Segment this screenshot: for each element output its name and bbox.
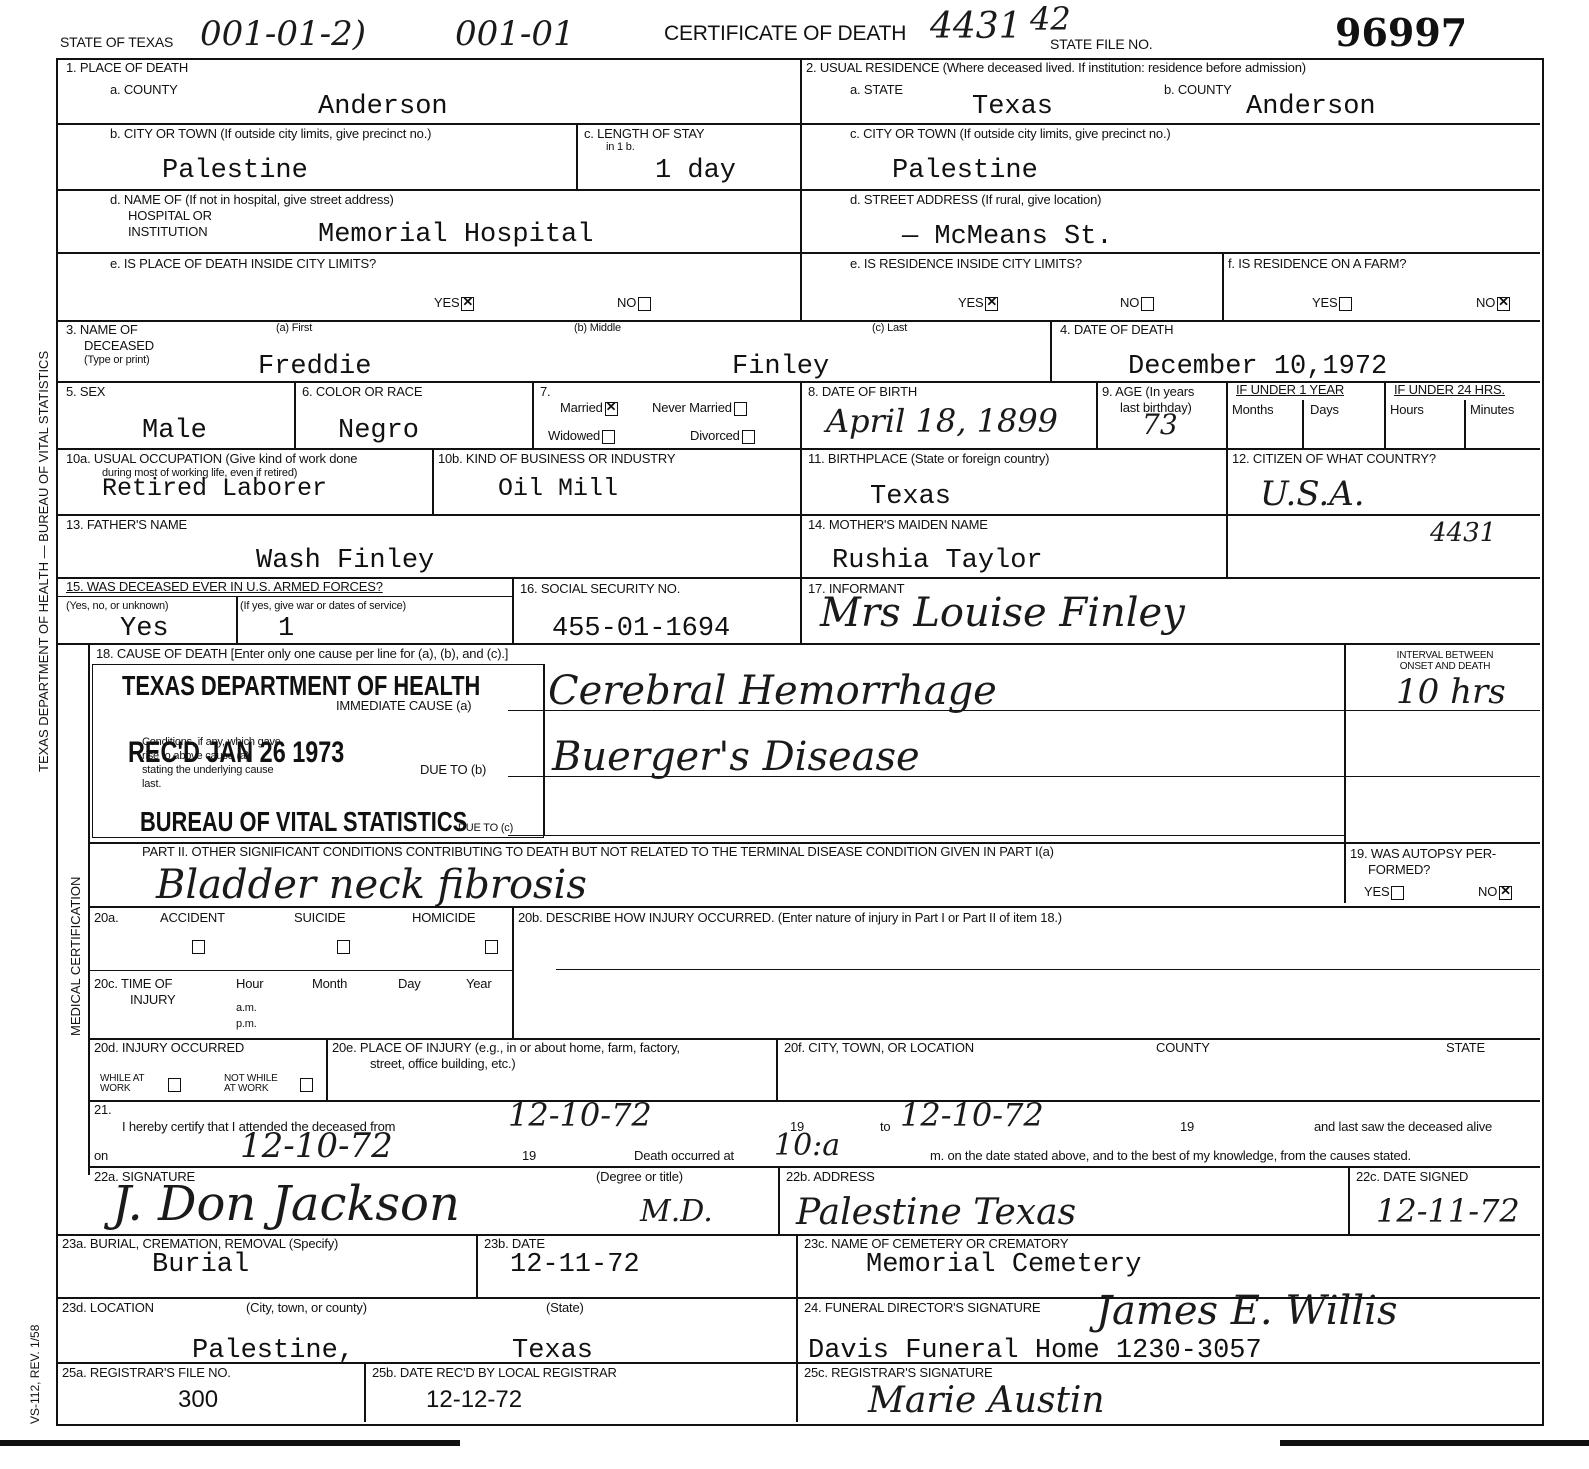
birthplace-label: 11. BIRTHPLACE (State or foreign country… [808, 451, 1049, 466]
marital-never-married[interactable]: Never Married [652, 400, 747, 416]
hours-label: Hours [1390, 402, 1424, 417]
funeral-director-label: 24. FUNERAL DIRECTOR'S SIGNATURE [804, 1300, 1040, 1315]
certificate-title: CERTIFICATE OF DEATH [664, 22, 906, 46]
autopsy-label-2: FORMED? [1368, 862, 1430, 877]
date-of-birth-value[interactable]: April 18, 1899 [826, 402, 1058, 440]
burial-state-sub-label: (State) [546, 1300, 584, 1315]
death-city-value[interactable]: Palestine [162, 156, 308, 186]
residence-farm-no[interactable]: NO [1476, 295, 1510, 311]
first-name-value[interactable]: Freddie [258, 352, 371, 382]
not-while-at-work-label: NOT WHILE AT WORK [224, 1074, 290, 1094]
middle-name-label: (b) Middle [574, 322, 621, 334]
mother-margin-note: 4431 [1430, 518, 1496, 548]
checkbox[interactable] [1141, 297, 1154, 311]
residence-city-value[interactable]: Palestine [892, 156, 1038, 186]
armed-forces-sub-1: (Yes, no, or unknown) [66, 600, 168, 612]
nineteen-label-2: 19 [1180, 1119, 1194, 1134]
occupation-value[interactable]: Retired Laborer [102, 474, 327, 503]
county-label: a. COUNTY [110, 82, 178, 97]
deceased-name-label: 3. NAME OF [66, 322, 138, 337]
hour-label: Hour [236, 976, 263, 991]
immediate-cause-value[interactable]: Cerebral Hemorrhage [548, 668, 997, 714]
while-at-work-label: WHILE AT WORK [100, 1074, 158, 1094]
accident-checkbox[interactable] [192, 940, 205, 954]
occupation-label: 10a. USUAL OCCUPATION (Give kind of work… [66, 451, 357, 466]
date-of-death-value[interactable]: December 10,1972 [1128, 352, 1387, 382]
stamp-line-2: REC'D JAN 26 1973 [128, 736, 344, 770]
hospital-value[interactable]: Memorial Hospital [318, 220, 593, 250]
registrar-file-value[interactable]: 300 [178, 1386, 218, 1414]
business-value[interactable]: Oil Mill [498, 474, 618, 503]
checkbox[interactable] [638, 297, 651, 311]
citizen-label: 12. CITIZEN OF WHAT COUNTRY? [1232, 451, 1436, 466]
funeral-director-signature[interactable]: James E. Willis [1096, 1288, 1397, 1334]
checkbox[interactable] [1391, 886, 1404, 900]
describe-injury-label: 20b. DESCRIBE HOW INJURY OCCURRED. (Ente… [518, 910, 1062, 925]
not-while-at-work[interactable]: NOT WHILE AT WORK [224, 1074, 314, 1094]
autopsy-no[interactable]: NO [1478, 884, 1512, 900]
father-value[interactable]: Wash Finley [256, 546, 434, 576]
deceased-name-label-3: (Type or print) [84, 354, 149, 366]
month-label: Month [312, 976, 347, 991]
registrar-signature[interactable]: Marie Austin [868, 1380, 1105, 1421]
date-of-death-label: 4. DATE OF DEATH [1060, 322, 1173, 337]
nineteen-label-3: 19 [522, 1148, 536, 1163]
death-county-value[interactable]: Anderson [318, 92, 448, 122]
attended-from-date[interactable]: 12-10-72 [508, 1096, 652, 1134]
hospital-label-3: INSTITUTION [128, 224, 207, 239]
residence-county-label: b. COUNTY [1164, 82, 1232, 97]
residence-city-label: c. CITY OR TOWN (If outside city limits,… [850, 126, 1171, 141]
cemetery-value[interactable]: Memorial Cemetery [866, 1250, 1141, 1280]
age-label: 9. AGE (In years [1102, 384, 1194, 399]
residence-state-label: a. STATE [850, 82, 903, 97]
cemetery-label: 23c. NAME OF CEMETERY OR CREMATORY [804, 1236, 1068, 1251]
age-value[interactable]: 73 [1142, 408, 1178, 441]
last-name-label: (c) Last [872, 322, 907, 334]
registrar-signature-label: 25c. REGISTRAR'S SIGNATURE [804, 1365, 992, 1380]
day-label: Day [398, 976, 421, 991]
due-to-c-label: DUE TO (c) [458, 822, 513, 834]
checkbox-checked[interactable] [985, 297, 998, 311]
checkbox-checked[interactable] [605, 402, 618, 416]
yes-label: YES [958, 295, 983, 310]
checkbox[interactable] [602, 430, 615, 444]
degree-label: (Degree or title) [596, 1169, 683, 1184]
stamp-line-3: BUREAU OF VITAL STATISTICS [140, 806, 467, 838]
disposition-method-value[interactable]: Burial [152, 1250, 249, 1280]
state-file-label: STATE FILE NO. [1050, 36, 1152, 52]
section-20a-label: 20a. [94, 910, 119, 925]
hospital-label-2: HOSPITAL OR [128, 208, 212, 223]
informant-signature[interactable]: Mrs Louise Finley [820, 590, 1185, 636]
physician-signature[interactable]: J. Don Jackson [112, 1176, 460, 1232]
residence-inside-limits-no[interactable]: NO [1120, 295, 1154, 311]
scan-edge-bar [0, 1440, 460, 1446]
injury-state-label: STATE [1446, 1040, 1485, 1055]
death-inside-limits-label: e. IS PLACE OF DEATH INSIDE CITY LIMITS? [110, 256, 376, 271]
armed-forces-value[interactable]: Yes [120, 614, 169, 644]
minutes-label: Minutes [1470, 402, 1514, 417]
street-address-label: d. STREET ADDRESS (If rural, give locati… [850, 192, 1101, 207]
am-label: a.m. [236, 1002, 257, 1014]
ssn-label: 16. SOCIAL SECURITY NO. [520, 581, 680, 596]
suicide-label: SUICIDE [294, 910, 345, 925]
date-signed-value[interactable]: 12-11-72 [1376, 1192, 1520, 1230]
length-of-stay-value[interactable]: 1 day [655, 156, 736, 186]
injury-county-label: COUNTY [1156, 1040, 1210, 1055]
cause-of-death-label: 18. CAUSE OF DEATH [Enter only one cause… [96, 646, 508, 661]
father-label: 13. FATHER'S NAME [66, 517, 187, 532]
length-of-stay-sub: in 1 b. [606, 141, 635, 153]
disposition-method-label: 23a. BURIAL, CREMATION, REMOVAL (Specify… [62, 1236, 338, 1251]
time-of-injury-label: 20c. TIME OF [94, 976, 172, 991]
last-name-value[interactable]: Finley [732, 352, 829, 382]
while-at-work[interactable]: WHILE AT WORK [100, 1074, 180, 1094]
never-married-label: Never Married [652, 400, 732, 415]
burial-city-sub-label: (City, town, or county) [246, 1300, 367, 1315]
yes-label: YES [1312, 295, 1337, 310]
place-of-injury-label: 20e. PLACE OF INJURY (e.g., in or about … [332, 1040, 680, 1055]
under-day-label: IF UNDER 24 HRS. [1394, 382, 1505, 397]
certify-text-2: and last saw the deceased alive [1314, 1119, 1492, 1134]
death-time-value[interactable]: 10:a [774, 1128, 840, 1163]
residence-state-value[interactable]: Texas [972, 92, 1053, 122]
checkbox-checked[interactable] [1497, 297, 1510, 311]
first-name-label: (a) First [276, 322, 312, 334]
birthplace-value[interactable]: Texas [870, 482, 951, 512]
yes-label: YES [434, 295, 459, 310]
armed-service-value[interactable]: 1 [278, 614, 294, 644]
interval-label: INTERVAL BETWEEN ONSET AND DEATH [1380, 650, 1510, 672]
residence-county-value[interactable]: Anderson [1246, 92, 1376, 122]
due-to-b-label: DUE TO (b) [420, 762, 486, 777]
divorced-label: Divorced [690, 428, 740, 443]
mother-value[interactable]: Rushia Taylor [832, 546, 1043, 576]
business-label: 10b. KIND OF BUSINESS OR INDUSTRY [438, 451, 675, 466]
marital-married[interactable]: Married [560, 400, 618, 416]
marital-widowed[interactable]: Widowed [548, 428, 615, 444]
sex-label: 5. SEX [66, 384, 105, 399]
street-address-value[interactable]: — McMeans St. [902, 222, 1113, 252]
disposition-date-label: 23b. DATE [484, 1236, 545, 1251]
no-label: NO [1478, 884, 1497, 899]
no-label: NO [1120, 295, 1139, 310]
residence-farm-yes[interactable]: YES [1312, 295, 1352, 311]
hospital-label: d. NAME OF (If not in hospital, give str… [110, 192, 394, 207]
death-city-label: b. CITY OR TOWN (If outside city limits,… [110, 126, 431, 141]
disposition-date-value[interactable]: 12-11-72 [510, 1250, 640, 1280]
registrar-file-label: 25a. REGISTRAR'S FILE NO. [62, 1365, 231, 1380]
yes-label: YES [1364, 884, 1389, 899]
handwritten-code-1: 001-01-2) [200, 14, 366, 54]
residence-farm-label: f. IS RESIDENCE ON A FARM? [1228, 256, 1406, 271]
section-21-label: 21. [94, 1102, 111, 1117]
suicide-checkbox[interactable] [337, 940, 350, 954]
death-inside-limits-no[interactable]: NO [617, 295, 651, 311]
marital-label: 7. [540, 384, 550, 399]
months-label: Months [1232, 402, 1273, 417]
time-of-injury-label-2: INJURY [130, 992, 176, 1007]
state-of-texas-label: STATE OF TEXAS [60, 34, 173, 50]
medical-left-border [88, 645, 90, 1175]
due-to-b-value[interactable]: Buerger's Disease [552, 734, 920, 780]
length-of-stay-label: c. LENGTH OF STAY [584, 126, 704, 141]
part-2-value[interactable]: Bladder neck fibrosis [156, 862, 587, 908]
residence-inside-limits-yes[interactable]: YES [958, 295, 998, 311]
local-registrar-date-label: 25b. DATE REC'D BY LOCAL REGISTRAR [372, 1365, 617, 1380]
usual-residence-label: 2. USUAL RESIDENCE (Where deceased lived… [806, 60, 1306, 75]
sex-value[interactable]: Male [142, 416, 207, 446]
burial-location-label: 23d. LOCATION [62, 1300, 154, 1315]
date-of-birth-label: 8. DATE OF BIRTH [808, 384, 917, 399]
physician-address-label: 22b. ADDRESS [786, 1169, 875, 1184]
attended-to-date[interactable]: 12-10-72 [900, 1096, 1044, 1134]
checkbox-checked[interactable] [1499, 886, 1512, 900]
residence-inside-limits-label: e. IS RESIDENCE INSIDE CITY LIMITS? [850, 256, 1082, 271]
date-signed-label: 22c. DATE SIGNED [1356, 1169, 1468, 1184]
handwritten-code-2: 001-01 [455, 14, 575, 54]
handwritten-file-no-2: 42 [1030, 0, 1071, 38]
armed-forces-sub-2: (If yes, give war or dates of service) [240, 600, 406, 612]
days-label: Days [1310, 402, 1339, 417]
last-seen-date[interactable]: 12-10-72 [240, 1126, 393, 1166]
married-label: Married [560, 400, 603, 415]
citizen-value[interactable]: U.S.A. [1260, 474, 1365, 514]
checkbox-checked[interactable] [461, 297, 474, 311]
death-inside-limits-yes[interactable]: YES [434, 295, 474, 311]
mother-label: 14. MOTHER'S MAIDEN NAME [808, 517, 988, 532]
injury-city-label: 20f. CITY, TOWN, OR LOCATION [784, 1040, 974, 1055]
form-id-label: VS-112, REV. 1/58 [28, 1325, 42, 1424]
homicide-label: HOMICIDE [412, 910, 475, 925]
ssn-value[interactable]: 455-01-1694 [552, 614, 730, 644]
place-of-injury-label-2: street, office building, etc.) [370, 1056, 516, 1071]
physician-degree[interactable]: M.D. [640, 1194, 713, 1229]
stamped-file-number: 96997 [1335, 10, 1467, 55]
accident-label: ACCIDENT [160, 910, 225, 925]
widowed-label: Widowed [548, 428, 600, 443]
physician-address-value[interactable]: Palestine Texas [796, 1192, 1076, 1233]
interval-value[interactable]: 10 hrs [1396, 672, 1506, 712]
on-label: on [94, 1148, 108, 1163]
year-label: Year [466, 976, 491, 991]
autopsy-label: 19. WAS AUTOPSY PER- [1350, 846, 1496, 861]
no-label: NO [1476, 295, 1495, 310]
local-registrar-date-value[interactable]: 12-12-72 [426, 1386, 522, 1414]
injury-occurred-label: 20d. INJURY OCCURRED [94, 1040, 244, 1055]
checkbox[interactable] [734, 402, 747, 416]
death-occurred-label: Death occurred at [634, 1148, 734, 1163]
marital-divorced[interactable]: Divorced [690, 428, 755, 444]
place-of-death-label: 1. PLACE OF DEATH [66, 60, 188, 75]
checkbox[interactable] [300, 1078, 313, 1092]
homicide-checkbox[interactable] [485, 940, 498, 954]
certify-text-4: m. on the date stated above, and to the … [930, 1148, 1411, 1163]
pm-label: p.m. [236, 1018, 257, 1030]
race-label: 6. COLOR OR RACE [302, 384, 422, 399]
part-2-label: PART II. OTHER SIGNIFICANT CONDITIONS CO… [142, 844, 1054, 859]
no-label: NO [617, 295, 636, 310]
race-value[interactable]: Negro [338, 416, 419, 446]
autopsy-yes[interactable]: YES [1364, 884, 1404, 900]
scan-edge-bar-right [1280, 1440, 1589, 1446]
handwritten-file-no: 4431 [930, 6, 1022, 47]
checkbox[interactable] [742, 430, 755, 444]
armed-forces-label: 15. WAS DECEASED EVER IN U.S. ARMED FORC… [66, 579, 383, 594]
side-department-label: TEXAS DEPARTMENT OF HEALTH — BUREAU OF V… [36, 351, 51, 772]
to-label: to [880, 1119, 890, 1134]
immediate-cause-label: IMMEDIATE CAUSE (a) [336, 698, 471, 713]
checkbox[interactable] [1339, 297, 1352, 311]
deceased-name-label-2: DECEASED [84, 338, 154, 353]
checkbox[interactable] [168, 1078, 181, 1092]
under-year-label: IF UNDER 1 YEAR [1236, 382, 1344, 397]
